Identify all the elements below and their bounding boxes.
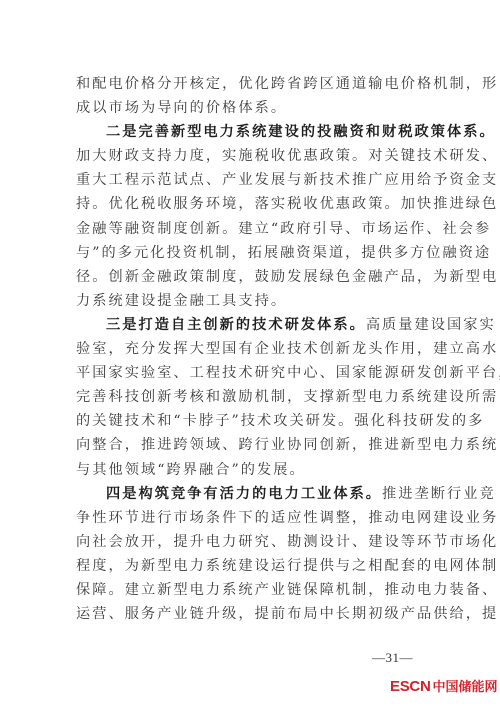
line-text: 和配电价格分开核定，优化跨省跨区通道输电价格机制，形 (76, 76, 498, 92)
text-line: 程度，为新型电力系统建设运行提供与之相配套的电网体制 (76, 554, 430, 578)
line-text: 完善科技创新考核和激励机制，支撑新型电力系统建设所需 (76, 389, 498, 405)
line-text: 推进垄断行业竞 (382, 486, 496, 502)
line-text: 验室，充分发挥大型国有企业技术创新龙头作用，建立高水 (76, 341, 498, 357)
text-line: 力系统建设提金融工具支持。 (76, 289, 430, 313)
text-line: 的关键技术和“卡脖子”技术攻关研发。强化科技研发的多 (76, 409, 430, 433)
text-line: 争性环节进行市场条件下的适应性调整，推动电网建设业务 (76, 506, 430, 530)
line-text: 加大财政支持力度，实施税收优惠政策。对关键技术研发、 (76, 148, 498, 164)
page-number: —31— (372, 650, 413, 666)
text-line: 与”的多元化投资机制，拓展融资渠道，提供多方位融资途 (76, 241, 430, 265)
line-text: 持。优化税收服务环境，落实税收优惠政策。加快推进绿色 (76, 196, 498, 212)
section-heading-line: 二是完善新型电力系统建设的投融资和财税政策体系。 (76, 120, 430, 144)
text-line: 径。创新金融政策制度，鼓励发展绿色金融产品，为新型电 (76, 265, 430, 289)
text-line: 验室，充分发挥大型国有企业技术创新龙头作用，建立高水 (76, 337, 430, 361)
text-line: 完善科技创新考核和激励机制，支撑新型电力系统建设所需 (76, 385, 430, 409)
text-line: 持。优化税收服务环境，落实税收优惠政策。加快推进绿色 (76, 192, 430, 216)
section-heading: 四是构筑竞争有活力的电力工业体系。 (106, 486, 382, 502)
line-text: 力系统建设提金融工具支持。 (76, 293, 287, 309)
text-line: 金融等融资制度创新。建立“政府引导、市场运作、社会参 (76, 217, 430, 241)
text-line: 向整合，推进跨领域、跨行业协同创新，推进新型电力系统 (76, 433, 430, 457)
text-line: 成以市场为导向的价格体系。 (76, 96, 430, 120)
text-line: 运营、服务产业链升级，提前布局中长期初级产品供给，提 (76, 602, 430, 626)
section-heading: 二是完善新型电力系统建设的投融资和财税政策体系。 (106, 124, 496, 140)
line-text: 径。创新金融政策制度，鼓励发展绿色金融产品，为新型电 (76, 269, 498, 285)
line-text: 高质量建设国家实 (366, 317, 496, 333)
line-text: 成以市场为导向的价格体系。 (76, 100, 287, 116)
text-line: 保障。建立新型电力系统产业链保障机制，推动电力装备、 (76, 578, 430, 602)
section-heading: 三是打造自主创新的技术研发体系。 (106, 317, 366, 333)
line-text: 重大工程示范试点、产业发展与新技术推广应用给予资金支 (76, 172, 498, 188)
text-line: 重大工程示范试点、产业发展与新技术推广应用给予资金支 (76, 168, 430, 192)
section-heading-line: 三是打造自主创新的技术研发体系。高质量建设国家实 (76, 313, 430, 337)
document-body: 和配电价格分开核定，优化跨省跨区通道输电价格机制，形 成以市场为导向的价格体系。… (76, 72, 430, 626)
escn-watermark-logo: ESCN中国储能网 (390, 676, 498, 695)
line-text: 与其他领域“跨界融合”的发展。 (76, 462, 306, 478)
line-text: 与”的多元化投资机制，拓展融资渠道，提供多方位融资途 (76, 245, 491, 261)
line-text: 争性环节进行市场条件下的适应性调整，推动电网建设业务 (76, 510, 498, 526)
text-line: 与其他领域“跨界融合”的发展。 (76, 458, 430, 482)
line-text: 保障。建立新型电力系统产业链保障机制，推动电力装备、 (76, 582, 498, 598)
watermark-latin: ESCN (390, 678, 430, 695)
line-text: 平国家实验室、工程技术研究中心、国家能源研发创新平台， (76, 365, 500, 381)
line-text: 向整合，推进跨领域、跨行业协同创新，推进新型电力系统 (76, 437, 498, 453)
watermark-chinese: 中国储能网 (432, 679, 497, 694)
text-line: 和配电价格分开核定，优化跨省跨区通道输电价格机制，形 (76, 72, 430, 96)
line-text: 运营、服务产业链升级，提前布局中长期初级产品供给，提 (76, 606, 498, 622)
line-text: 向社会放开，提升电力研究、勘测设计、建设等环节市场化 (76, 534, 498, 550)
section-heading-line: 四是构筑竞争有活力的电力工业体系。推进垄断行业竞 (76, 482, 430, 506)
line-text: 金融等融资制度创新。建立“政府引导、市场运作、社会参 (76, 221, 491, 237)
text-line: 平国家实验室、工程技术研究中心、国家能源研发创新平台， (76, 361, 430, 385)
text-line: 加大财政支持力度，实施税收优惠政策。对关键技术研发、 (76, 144, 430, 168)
text-line: 向社会放开，提升电力研究、勘测设计、建设等环节市场化 (76, 530, 430, 554)
line-text: 的关键技术和“卡脖子”技术攻关研发。强化科技研发的多 (76, 413, 484, 429)
line-text: 程度，为新型电力系统建设运行提供与之相配套的电网体制 (76, 558, 498, 574)
